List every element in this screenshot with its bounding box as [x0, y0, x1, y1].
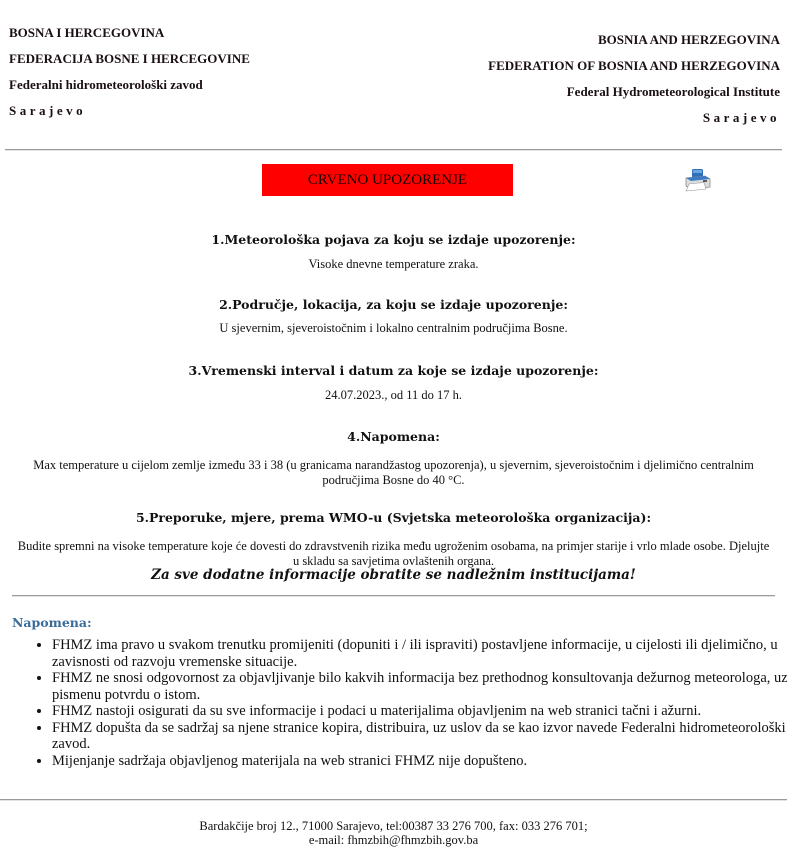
- notes-title: Napomena:: [12, 615, 92, 630]
- section-2-text: U sjevernim, sjeveroistočnim i lokalno c…: [0, 321, 787, 336]
- printer-icon[interactable]: [683, 168, 711, 192]
- section-1-text: Visoke dnevne temperature zraka.: [0, 257, 787, 272]
- header-right: BOSNIA AND HERZEGOVINA FEDERATION OF BOS…: [488, 27, 780, 131]
- notes-list-item: Mijenjanje sadržaja objavljenog materija…: [52, 753, 787, 770]
- header-country-en: BOSNIA AND HERZEGOVINA: [488, 27, 780, 53]
- notes-list: FHMZ ima pravo u svakom trenutku promije…: [12, 637, 787, 769]
- header-institute: Federalni hidrometeorološki zavod: [9, 72, 250, 98]
- contact-institutions-callout: Za sve dodatne informacije obratite se n…: [0, 567, 787, 583]
- header-city: Sarajevo: [9, 98, 250, 124]
- header-federation: FEDERACIJA BOSNE I HERCEGOVINE: [9, 46, 250, 72]
- section-3-text: 24.07.2023., od 11 do 17 h.: [0, 388, 787, 403]
- notes-divider: [12, 595, 775, 597]
- footer-address: Bardakčije broj 12., 71000 Sarajevo, tel…: [0, 819, 787, 833]
- warning-level-banner: CRVENO UPOZORENJE: [262, 164, 513, 196]
- header-left: BOSNA I HERCEGOVINA FEDERACIJA BOSNE I H…: [9, 20, 250, 124]
- section-2-title: 2.Područje, lokacija, za koju se izdaje …: [0, 297, 787, 312]
- section-1-title: 1.Meteorološka pojava za koju se izdaje …: [0, 232, 787, 247]
- footer-divider: [0, 799, 787, 801]
- header-city-en: Sarajevo: [488, 105, 780, 131]
- section-5-title: 5.Preporuke, mjere, prema WMO-u (Svjetsk…: [0, 510, 787, 525]
- notes-list-item: FHMZ ima pravo u svakom trenutku promije…: [52, 637, 787, 670]
- header-institute-en: Federal Hydrometeorological Institute: [488, 79, 780, 105]
- notes-list-item: FHMZ nastoji osigurati da su sve informa…: [52, 703, 787, 720]
- header-federation-en: FEDERATION OF BOSNIA AND HERZEGOVINA: [488, 53, 780, 79]
- header-country: BOSNA I HERCEGOVINA: [9, 20, 250, 46]
- notes-list-item: FHMZ dopušta da se sadržaj sa njene stra…: [52, 720, 787, 753]
- footer: Bardakčije broj 12., 71000 Sarajevo, tel…: [0, 819, 787, 847]
- section-3-title: 3.Vremenski interval i datum za koje se …: [0, 363, 787, 378]
- notes-list-item: FHMZ ne snosi odgovornost za objavljivan…: [52, 670, 787, 703]
- header-divider: [5, 149, 782, 151]
- footer-email[interactable]: e-mail: fhmzbih@fhmzbih.gov.ba: [0, 833, 787, 847]
- section-4-title: 4.Napomena:: [0, 429, 787, 444]
- section-4-text: Max temperature u cijelom zemlje između …: [10, 458, 777, 488]
- section-5-text: Budite spremni na visoke temperature koj…: [14, 539, 773, 569]
